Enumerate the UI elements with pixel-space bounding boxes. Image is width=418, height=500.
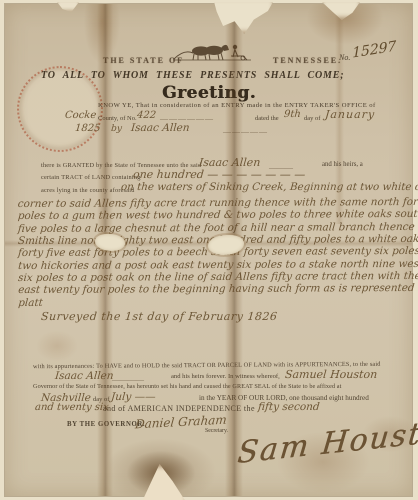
bottom-tear-stain [113,438,209,500]
location-start: on the waters of Sinking Creek, Beginnin… [120,181,418,193]
entry-month: January [324,108,375,121]
habendum-grantee: Isaac Allen [54,370,114,382]
paper-tear-top-left [57,2,79,12]
tract-text: certain TRACT of LAND containing [41,174,141,181]
bottom-tear-hole [138,464,186,500]
habendum-month: July —— [110,391,156,403]
paper-tear-top-right [322,2,360,20]
entry-day: 9th [284,109,302,120]
by-the-governor-label: BY THE GOVERNOR. [67,421,145,428]
acreage-handwritten: one hundred — — — — — — — [132,168,305,181]
governor-signature: Sam Houston [236,412,418,471]
document-paper: THE STATE OF TENNESSEE. No. 15297 TO ALL… [5,4,412,496]
document-number: 15297 [352,38,396,61]
entrant-name: Isaac Allen [130,122,190,134]
salutation-line: TO ALL TO WHOM THESE PRESENTS SHALL COME… [41,70,337,81]
entrant-dash: ————— [223,127,268,136]
entry-county-label: County, of No. [98,115,137,122]
entry-county: Cocke [65,110,97,121]
entry-number: 422 [137,110,157,121]
entry-by-label: by [111,124,123,134]
dated-label: dated the [255,115,279,122]
governor-name-handwritten: Samuel Houston [284,368,377,381]
greeting-line: Greeting. [59,83,359,103]
independence-text: and of AMERICAN INDEPENDENCE the [103,404,255,413]
metes-line: platt [18,295,413,309]
independence-year: fifty second [257,401,320,413]
paper-tear-top-center [209,2,273,34]
heirs-forever-text: and his heirs forever. In witness whereo… [171,373,280,380]
state-prefix: THE STATE OF [103,56,184,65]
state-name: TENNESSEE. [273,56,342,65]
secretary-title: Secretary. [205,428,228,434]
framed-document-photo: THE STATE OF TENNESSEE. No. 15297 TO ALL… [0,0,418,500]
year-handwritten: and twenty six [35,402,110,413]
governor-seal-text: Governor of the State of Tennessee, has … [33,383,341,390]
metes-and-bounds-block: corner to said Allens fifty acre tract r… [18,196,413,309]
entry-year: 1825 [75,123,101,134]
surveyed-line: Surveyed the 1st day of February 1826 [40,310,278,323]
document-number-label: No. [339,53,350,62]
day-of-label: day of [304,115,320,122]
heirs-text: and his heirs, a [322,161,363,168]
